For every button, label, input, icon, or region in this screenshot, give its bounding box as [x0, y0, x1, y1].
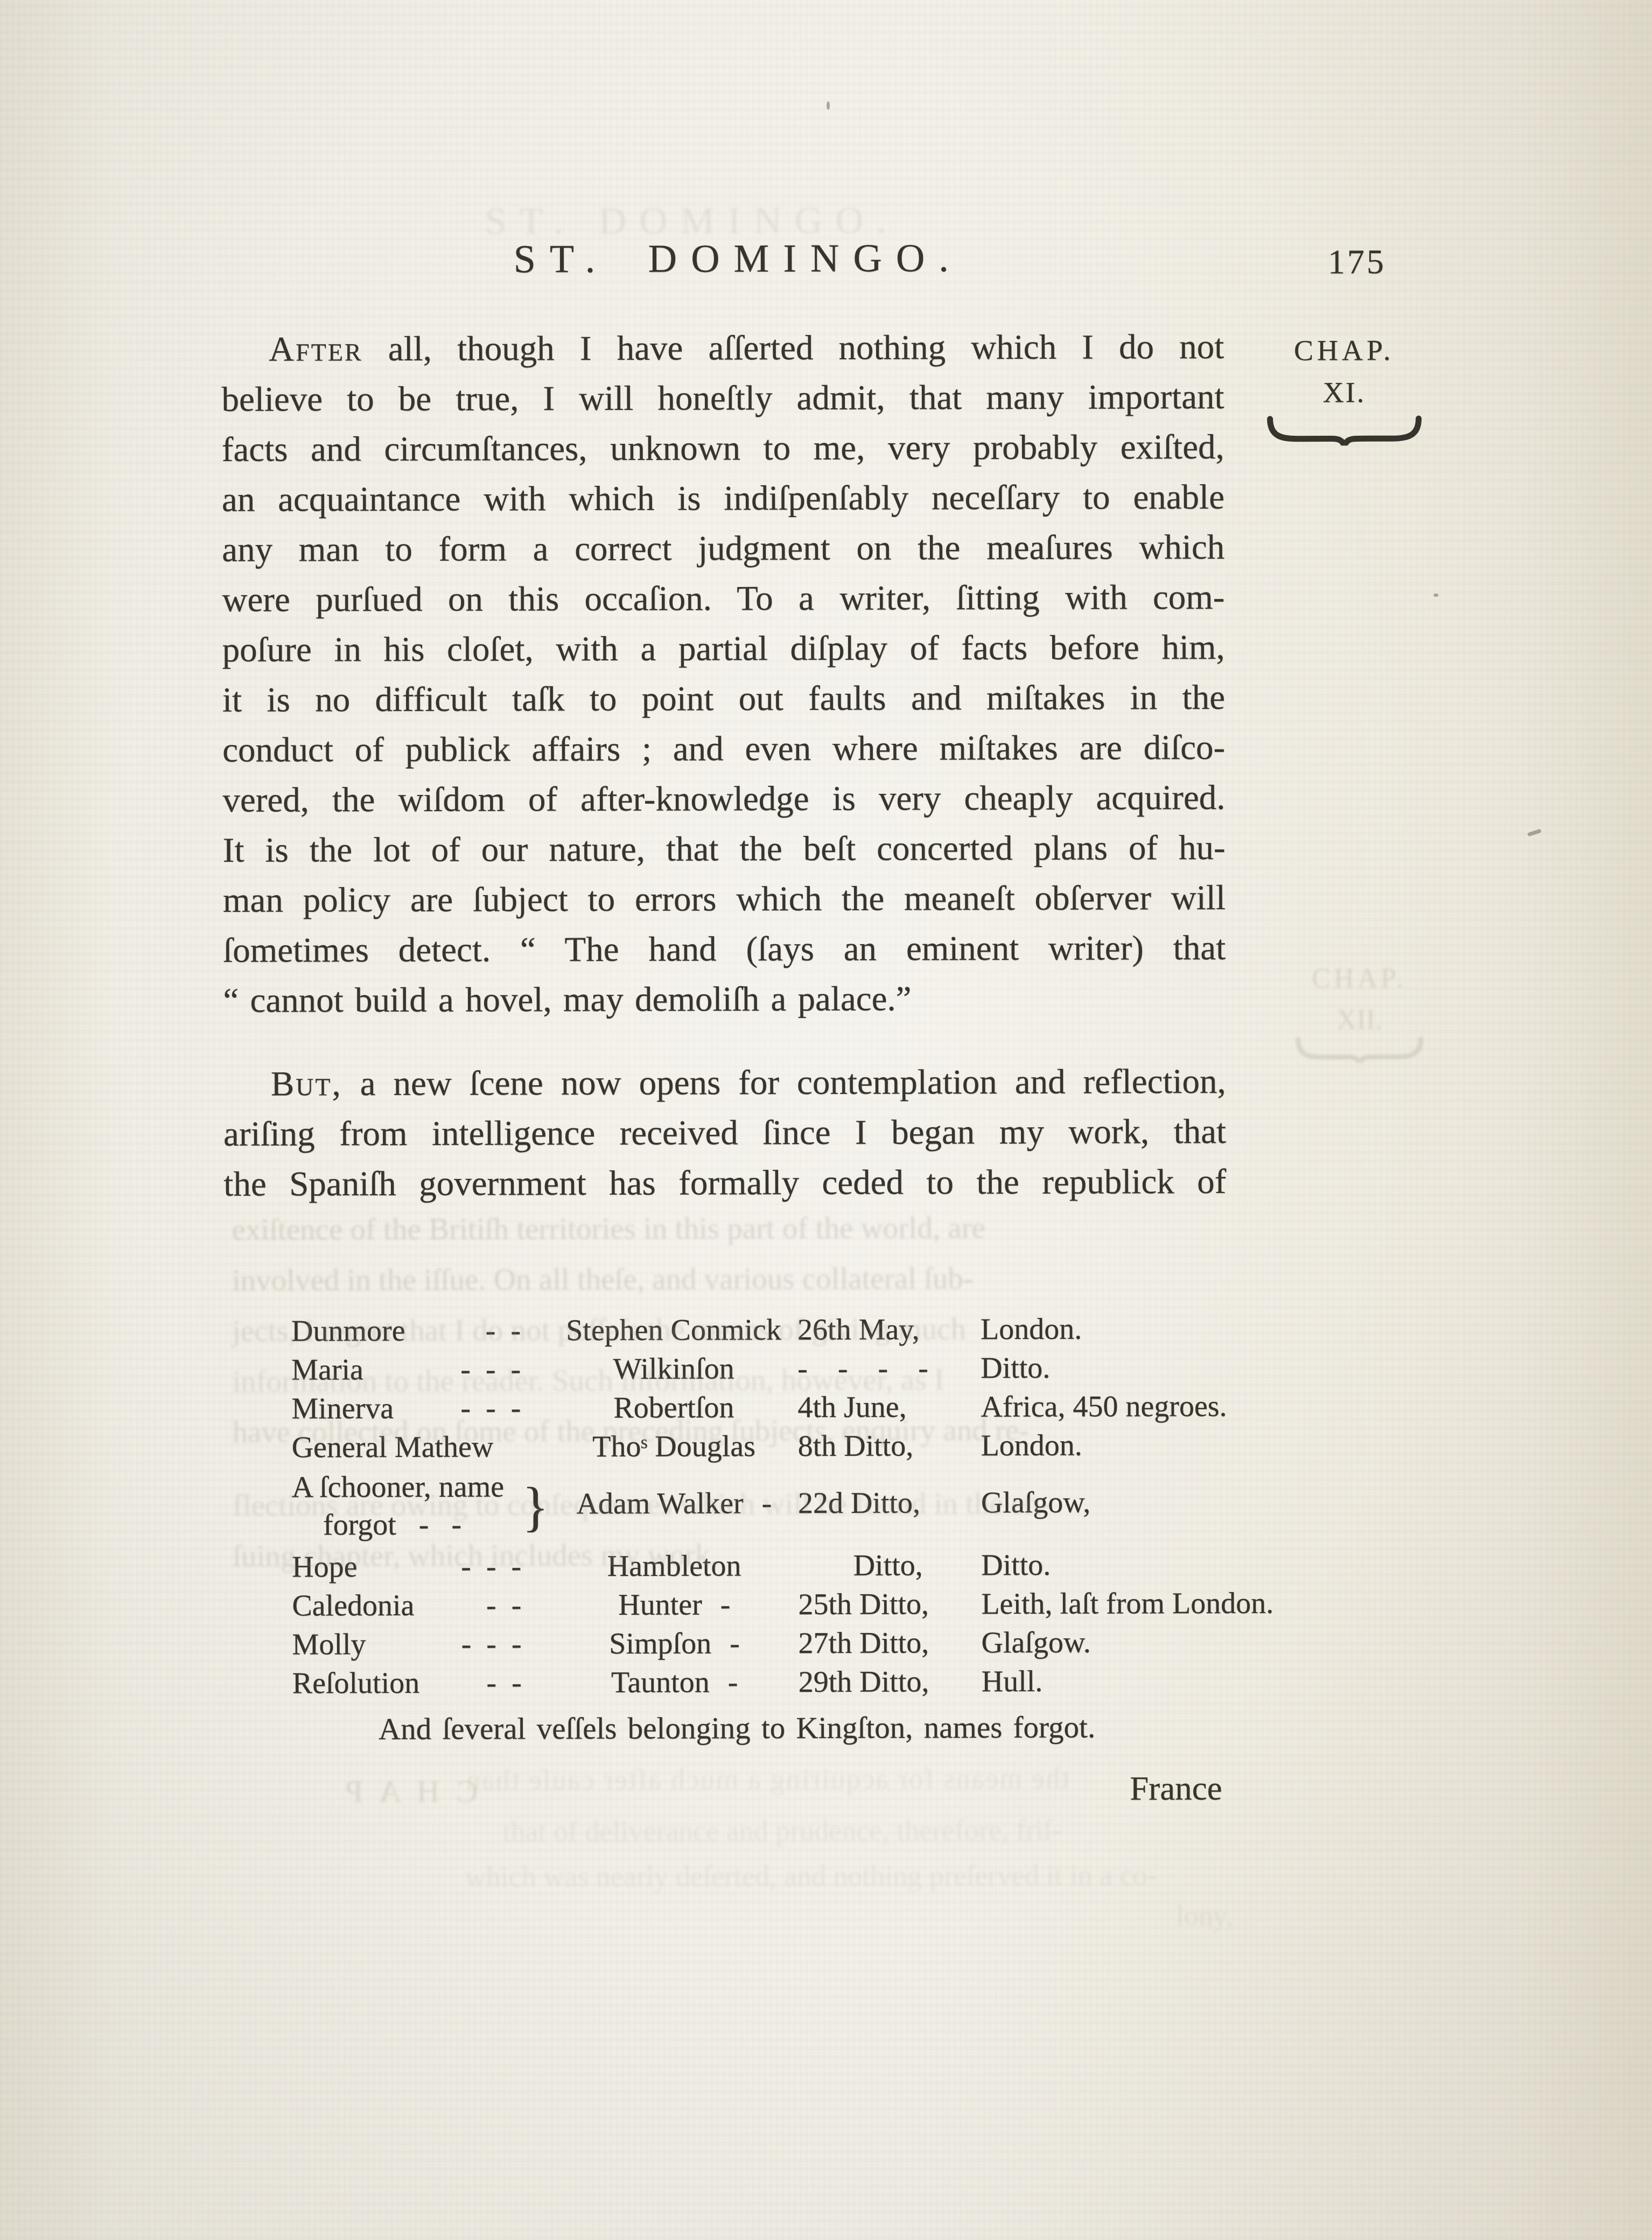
arrival-date-cell: 26th May,	[797, 1311, 977, 1351]
filler-dashes: - - -	[461, 1626, 522, 1665]
arrival-date-cell: Ditto,	[798, 1547, 978, 1587]
origin-port-cell: Africa, 450 negroes.	[981, 1388, 1271, 1428]
table-row: Molly- - -Simpſon-27th Ditto,Glaſgow.	[292, 1624, 1266, 1666]
table-closing-line: And ſeveral veſſels belonging to Kingſto…	[379, 1710, 1095, 1747]
master-name-cell: Robertſon	[550, 1390, 797, 1429]
ship-name-cell: Hope- - -	[292, 1548, 530, 1588]
table-row: General MathewThoˢ Douglas8th Ditto,Lond…	[292, 1427, 1266, 1469]
text-line: it is no difficult taſk to point out fau…	[222, 673, 1225, 725]
ship-name-cell: Molly- - -	[292, 1626, 530, 1665]
page-content: ST. DOMINGO. 175 CHAP. XI. CHAP. XII. Af…	[0, 0, 1652, 2240]
master-name-cell: Stephen Conmick	[550, 1312, 797, 1351]
table-row: }A ſchooner, nameforgot - -Adam Walker-2…	[292, 1466, 1266, 1550]
master-name-cell: Simpſon-	[550, 1625, 798, 1665]
text-line: After all, though I have aſſerted nothin…	[221, 322, 1224, 375]
page-number: 175	[1328, 242, 1386, 282]
filler-dashes: - -	[486, 1313, 521, 1351]
text-line: poſure in his cloſet, with a partial diſ…	[222, 623, 1225, 675]
chapter-number: XI.	[1263, 375, 1425, 409]
book-page-scan: ST. DOMINGO. 175 CHAP. XI. CHAP. XII. Af…	[0, 0, 1652, 2240]
filler-dash: -	[720, 1587, 731, 1622]
ship-name-cell: A ſchooner, nameforgot - -	[292, 1468, 545, 1507]
ship-name-cell: Maria- - -	[291, 1351, 529, 1391]
ship-name: Dunmore	[291, 1313, 405, 1352]
ship-name: Molly	[292, 1627, 366, 1665]
text-line: It is the lot of our nature, that the be…	[223, 823, 1226, 876]
ghost-bleedthrough-text: lony,	[1176, 1899, 1233, 1932]
paragraph: But, a new ſcene now opens for contempla…	[223, 1057, 1227, 1210]
text-line: man policy are ſubject to errors which t…	[223, 873, 1226, 926]
ghost-bleedthrough-text: the means for acquiring a much after cau…	[465, 1762, 1069, 1797]
body-text: After all, though I have aſſerted nothin…	[221, 322, 1226, 1210]
ship-name-line: forgot - -	[292, 1505, 536, 1544]
filler-dashes: - -	[486, 1665, 521, 1704]
ship-name: Caledonia	[292, 1588, 414, 1627]
master-name-cell: Wilkinſon	[550, 1351, 797, 1390]
paragraph-lead-word: After	[269, 330, 363, 368]
ship-name-cell: General Mathew	[292, 1429, 530, 1468]
origin-port-cell: Ditto.	[981, 1547, 1272, 1586]
origin-port-cell: Ditto.	[981, 1350, 1271, 1389]
ghost-bleedthrough-text: which was nearly deſerted, and nothing p…	[465, 1858, 1157, 1893]
ship-name-cell: Minerva- - -	[291, 1390, 529, 1429]
ghost-chapter-brace-icon	[1295, 1036, 1424, 1063]
text-line: ariſing from intelligence received ſince…	[223, 1107, 1226, 1160]
chapter-brace-icon	[1266, 414, 1423, 446]
arrival-date-cell: - - - -	[797, 1350, 977, 1390]
filler-dash: -	[728, 1664, 738, 1700]
ship-name-cell: Reſolution- -	[292, 1665, 530, 1704]
text-line: believe to be true, I will honeſtly admi…	[221, 372, 1224, 425]
text-line: an acquaintance with which is indiſpenſa…	[222, 472, 1224, 525]
ghost-bleedthrough-text: that of deliverance and prudence, theref…	[502, 1813, 1061, 1848]
table-row: Dunmore- -Stephen Conmick26th May,London…	[291, 1311, 1266, 1352]
origin-port-cell: London.	[981, 1427, 1271, 1467]
text-line: any man to form a correct judgment on th…	[222, 522, 1224, 575]
text-line: conduct of publick affairs ; and even wh…	[222, 723, 1225, 776]
ghost-chapter-number: XII.	[1289, 1004, 1429, 1036]
origin-port-cell: Glaſgow.	[981, 1624, 1272, 1664]
filler-dashes: - - -	[460, 1390, 521, 1429]
text-line: ſometimes detect. “ The hand (ſays an em…	[223, 923, 1226, 976]
master-name-cell: Hambleton	[550, 1548, 798, 1587]
chapter-label: CHAP.	[1263, 333, 1425, 367]
table-row: Reſolution- -Taunton-29th Ditto,Hull.	[292, 1663, 1267, 1705]
text-line: vered, the wiſdom of after-knowledge is …	[222, 773, 1225, 826]
ghost-bleedthrough-text: exiſtence of the Britiſh territories in …	[232, 1210, 985, 1247]
paragraph-lead-word: But,	[271, 1064, 342, 1103]
master-name-cell: Hunter-	[550, 1587, 798, 1626]
ship-name: General Mathew	[292, 1429, 494, 1469]
text-line: were purſued on this occaſion. To a writ…	[222, 573, 1224, 625]
chapter-margin-note: CHAP. XI.	[1263, 333, 1425, 449]
table-row: Maria- - -Wilkinſon- - - -Ditto.	[291, 1350, 1266, 1391]
ghost-bleedthrough-text: C H A P	[341, 1773, 478, 1811]
ghost-bleedthrough-text: involved in the iſſue. On all theſe, and…	[232, 1261, 974, 1298]
master-name-cell: Thoˢ Douglas	[550, 1428, 798, 1468]
master-name-cell: Taunton-	[551, 1664, 799, 1704]
text-line: facts and circumſtances, unknown to me, …	[222, 422, 1224, 475]
filler-dash: -	[762, 1485, 772, 1521]
text-line: the Spaniſh government has formally cede…	[223, 1157, 1226, 1210]
ship-arrivals-table: Dunmore- -Stephen Conmick26th May,London…	[291, 1311, 1267, 1705]
arrival-date-cell: 29th Ditto,	[799, 1664, 978, 1703]
text-line: “ cannot build a hovel, may demoliſh a p…	[223, 973, 1226, 1026]
text-line: But, a new ſcene now opens for contempla…	[223, 1057, 1226, 1109]
arrival-date-cell: 22d Ditto,	[798, 1485, 978, 1524]
arrival-date-cell: 25th Ditto,	[798, 1586, 978, 1625]
table-row: Minerva- - -Robertſon4th June,Africa, 45…	[291, 1388, 1266, 1430]
table-row: Hope- - -HambletonDitto,Ditto.	[292, 1547, 1266, 1588]
ship-name: Minerva	[291, 1391, 394, 1429]
table-row: Caledonia- -Hunter-25th Ditto,Leith, laſ…	[292, 1586, 1266, 1627]
ghost-chapter-margin-note: CHAP. XII.	[1289, 962, 1429, 1066]
catchword: France	[1130, 1769, 1222, 1808]
ship-name-cell: Caledonia- -	[292, 1587, 530, 1627]
running-header-title: ST. DOMINGO.	[482, 235, 994, 282]
paper-speck	[1527, 829, 1542, 837]
arrival-date-cell: 8th Ditto,	[797, 1428, 977, 1467]
paragraph: After all, though I have aſſerted nothin…	[221, 322, 1226, 1026]
filler-dashes: - - -	[460, 1351, 521, 1390]
filler-dashes: - - -	[461, 1548, 521, 1587]
ship-name-line: A ſchooner, name	[292, 1468, 536, 1506]
ship-name: Hope	[292, 1549, 357, 1588]
origin-port-cell: Glaſgow,	[981, 1484, 1272, 1524]
origin-port-cell: London.	[981, 1311, 1271, 1350]
filler-dash: -	[730, 1625, 740, 1661]
filler-dashes: - -	[486, 1587, 521, 1626]
ship-name: Maria	[291, 1352, 363, 1391]
ship-name-cell: Dunmore- -	[291, 1313, 529, 1352]
paper-speck	[827, 101, 830, 110]
origin-port-cell: Leith, laſt from London.	[981, 1586, 1272, 1625]
master-name-cell: Adam Walker-	[550, 1485, 798, 1525]
arrival-date-cell: 27th Ditto,	[798, 1625, 978, 1664]
ghost-chapter-label: CHAP.	[1289, 962, 1429, 995]
paper-speck	[1433, 594, 1438, 597]
arrival-date-cell: 4th June,	[797, 1389, 977, 1428]
ship-name: Reſolution	[292, 1665, 420, 1705]
origin-port-cell: Hull.	[982, 1663, 1272, 1702]
